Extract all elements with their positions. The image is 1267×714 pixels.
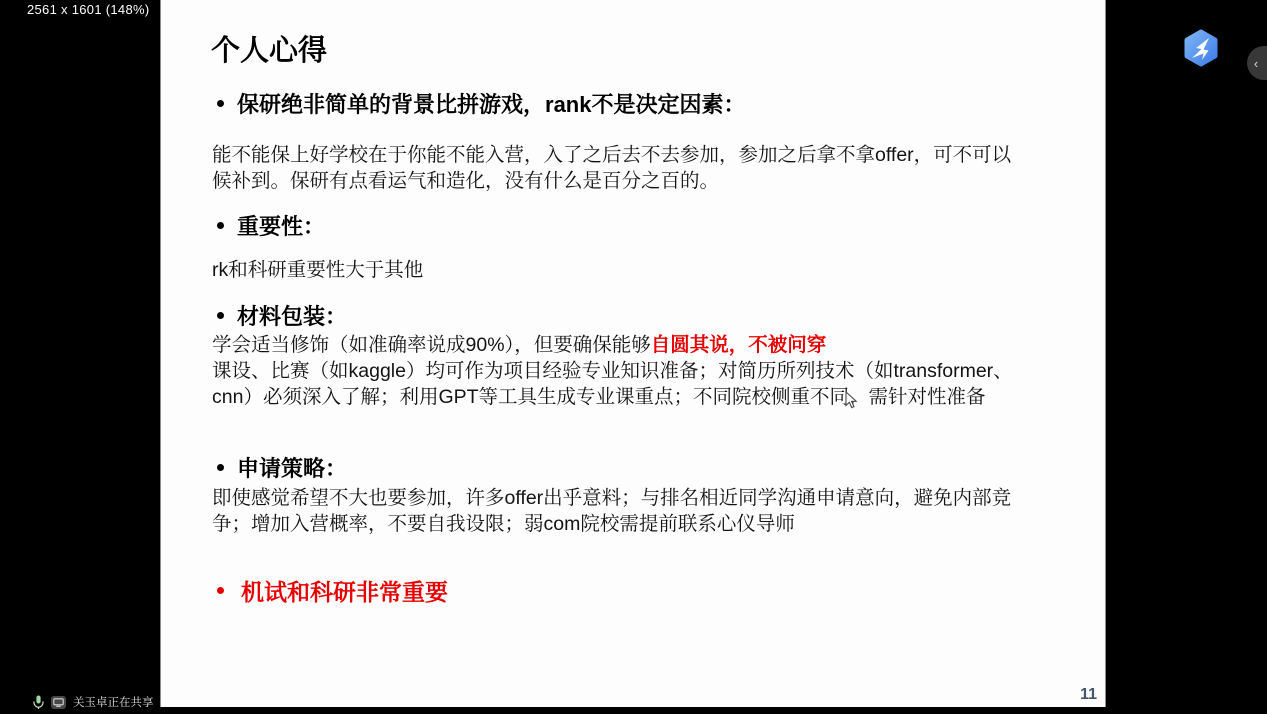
shared-slide: 个人心得 保研绝非简单的背景比拼游戏，rank不是决定因素： 能不能保上好学校在… [160,0,1106,707]
highlighted-text: 自圆其说，不被问穿 [651,334,827,356]
slide-title: 个人心得 [211,28,327,69]
sharing-status-text: 关玉卓正在共享 [73,694,154,710]
sharing-status-bar: 关玉卓正在共享 [33,694,154,710]
resolution-label: 2561 x 1601 (148%) [27,2,149,17]
thunder-bird-logo[interactable] [1182,29,1220,67]
microphone-icon [33,695,44,710]
section-body-rank: 能不能保上好学校在于你能不能入营，入了之后去不去参加，参加之后拿不拿offer，… [212,142,1017,194]
slide-page-number: 11 [1080,686,1097,704]
bullet-dot [217,222,224,229]
section-body-importance: rk和科研重要性大于其他 [212,257,1017,283]
bullet-dot [217,464,224,471]
section-body-materials-line1: 学会适当修饰（如准确率说成90%），但要确保能够自圆其说，不被问穿 [212,332,1017,358]
section-heading-materials: 材料包装： [214,300,347,331]
section-heading-importance: 重要性： [214,210,325,241]
bullet-dot [217,312,224,319]
section-heading-rank: 保研绝非简单的背景比拼游戏，rank不是决定因素： [214,88,745,119]
screen-share-icon [51,696,66,709]
section-body-materials-rest: 课设、比赛（如kaggle）均可作为项目经验专业知识准备；对简历所列技术（如tr… [212,358,1017,410]
red-emphasis-bullet: 机试和科研非常重要 [214,574,448,607]
bullet-dot-red [217,587,224,594]
chevron-left-icon: ‹ [1254,56,1258,71]
section-heading-strategy: 申请策略： [214,452,347,483]
section-body-strategy: 即使感觉希望不大也要参加，许多offer出乎意料；与排名相近同学沟通申请意向，避… [212,485,1017,537]
sidebar-collapse-handle[interactable]: ‹ [1247,46,1267,80]
arrow-cursor [845,391,858,414]
bullet-dot [217,100,224,107]
